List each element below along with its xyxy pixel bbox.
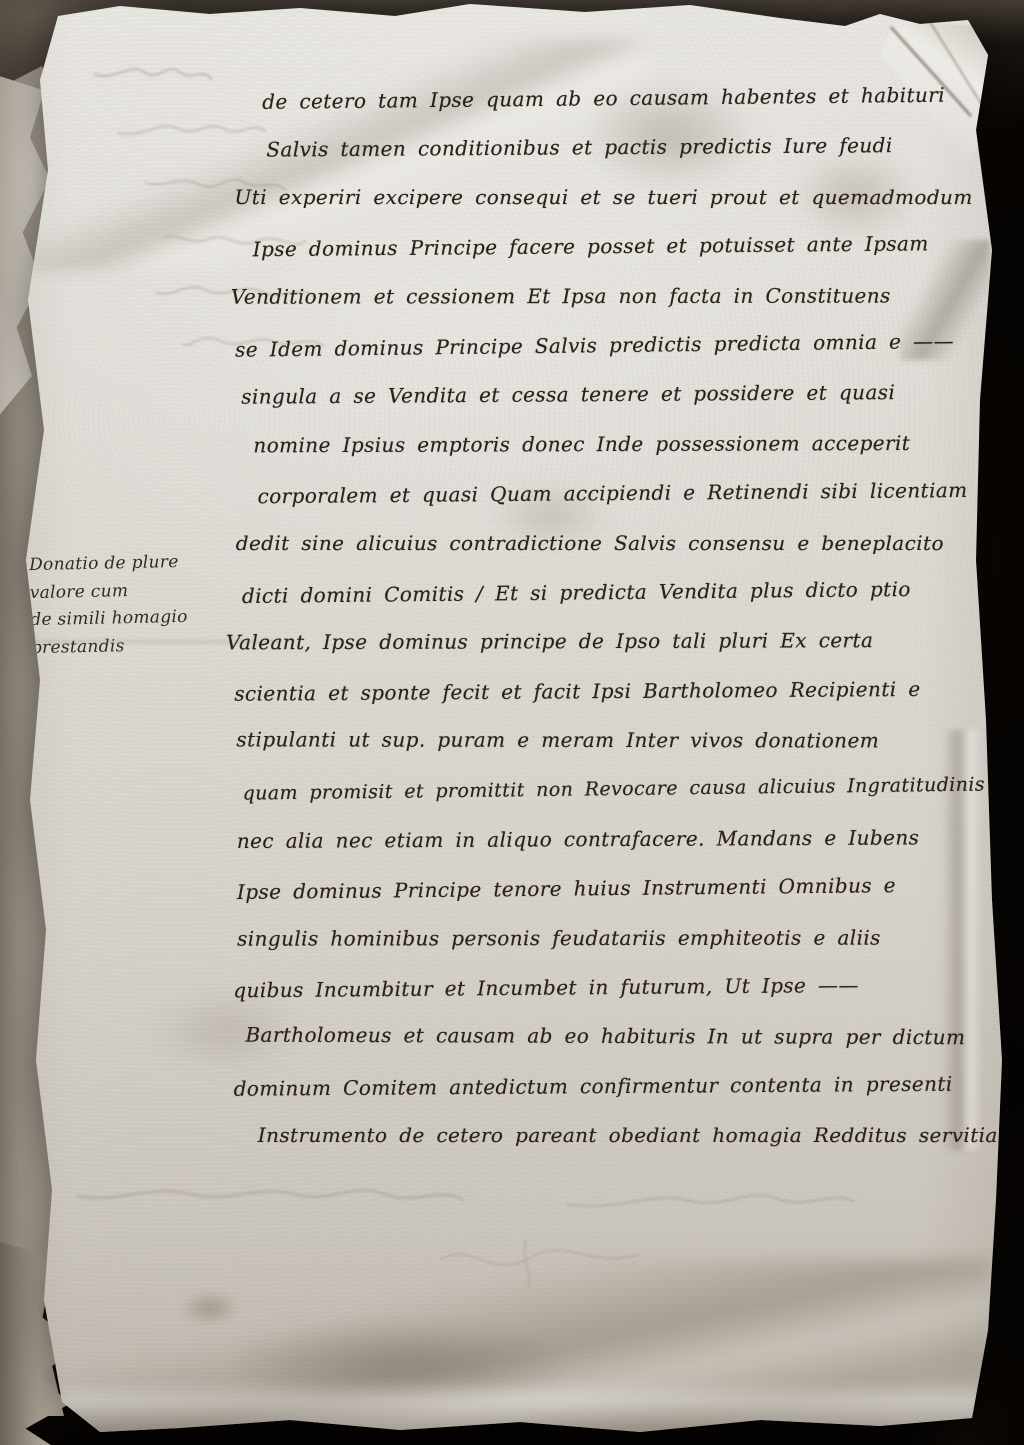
stitch-mark <box>20 1060 31 1066</box>
manuscript-line: quam promisit et promittit non Revocare … <box>242 761 1001 820</box>
manuscript-line: corporalem et quasi Quam accipiendi e Re… <box>257 466 999 522</box>
margin-note-line: prestandis <box>31 630 237 662</box>
margin-note: Donatio de plure valore cum de simili ho… <box>29 548 236 662</box>
manuscript-line: dominum Comitem antedictum confirmentur … <box>233 1059 1001 1114</box>
manuscript-line: Bartholomeus et causam ab eo habituris I… <box>245 1011 1001 1063</box>
margin-note-line: valore cum <box>29 575 235 607</box>
stitch-mark <box>17 952 27 957</box>
manuscript-line: scientia et sponte fecit et facit Ipsi B… <box>234 664 1000 719</box>
margin-note-line: Donatio de plure <box>29 548 235 580</box>
manuscript-line: dicti domini Comitis / Et si predicta Ve… <box>242 564 1000 621</box>
stitch-mark <box>19 876 31 883</box>
manuscript-line: singula a se Vendita et cessa tenere et … <box>241 368 999 423</box>
manuscript-line: Venditionem et cessionem Et Ipsa non fac… <box>231 271 999 322</box>
manuscript-photo: de cetero tam Ipse quam ab eo causam hab… <box>0 0 1024 1445</box>
manuscript-page: de cetero tam Ipse quam ab eo causam hab… <box>0 0 1024 1445</box>
bleed-through-mark <box>430 1230 650 1290</box>
manuscript-line: quibus Incumbitur et Incumbet in futurum… <box>233 960 1001 1016</box>
manuscript-line: se Idem dominus Principe Salvis predicti… <box>235 316 1000 375</box>
bleed-through-mark <box>88 62 218 88</box>
manuscript-line: stipulanti ut sup. puram e meram Inter v… <box>236 715 1000 766</box>
stitch-mark <box>16 766 26 772</box>
manuscript-line: Instrumento de cetero pareant obediant h… <box>258 1111 1002 1160</box>
manuscript-line: nec alia nec etiam in aliquo contrafacer… <box>237 813 1001 866</box>
stitch-mark <box>14 634 30 643</box>
bleed-through-mark <box>560 1185 860 1220</box>
manuscript-line: Valeant, Ipse dominus principe de Ipso t… <box>226 616 1000 668</box>
stitch-mark <box>18 700 29 706</box>
manuscript-line: Uti experiri excipere consequi et se tue… <box>235 173 999 222</box>
manuscript-line: de cetero tam Ipse quam ab eo causam hab… <box>262 70 998 127</box>
manuscript-text-block: de cetero tam Ipse quam ab eo causam hab… <box>238 73 1002 1162</box>
manuscript-line: Ipse dominus Principe tenore huius Instr… <box>237 860 1001 917</box>
page-shadow-wrap: de cetero tam Ipse quam ab eo causam hab… <box>0 0 1024 1445</box>
manuscript-line: nomine Ipsius emptoris donec Inde posses… <box>253 418 999 470</box>
manuscript-line: dedit sine alicuius contradictione Salvi… <box>236 519 1000 568</box>
bleed-through-mark <box>70 1182 470 1212</box>
manuscript-line: singulis hominibus personis feudatariis … <box>237 913 1001 964</box>
manuscript-line: Salvis tamen conditionibus et pactis pre… <box>266 121 998 175</box>
manuscript-line: Ipse dominus Principe facere posset et p… <box>253 219 999 275</box>
margin-note-line: de simili homagio <box>30 603 236 635</box>
